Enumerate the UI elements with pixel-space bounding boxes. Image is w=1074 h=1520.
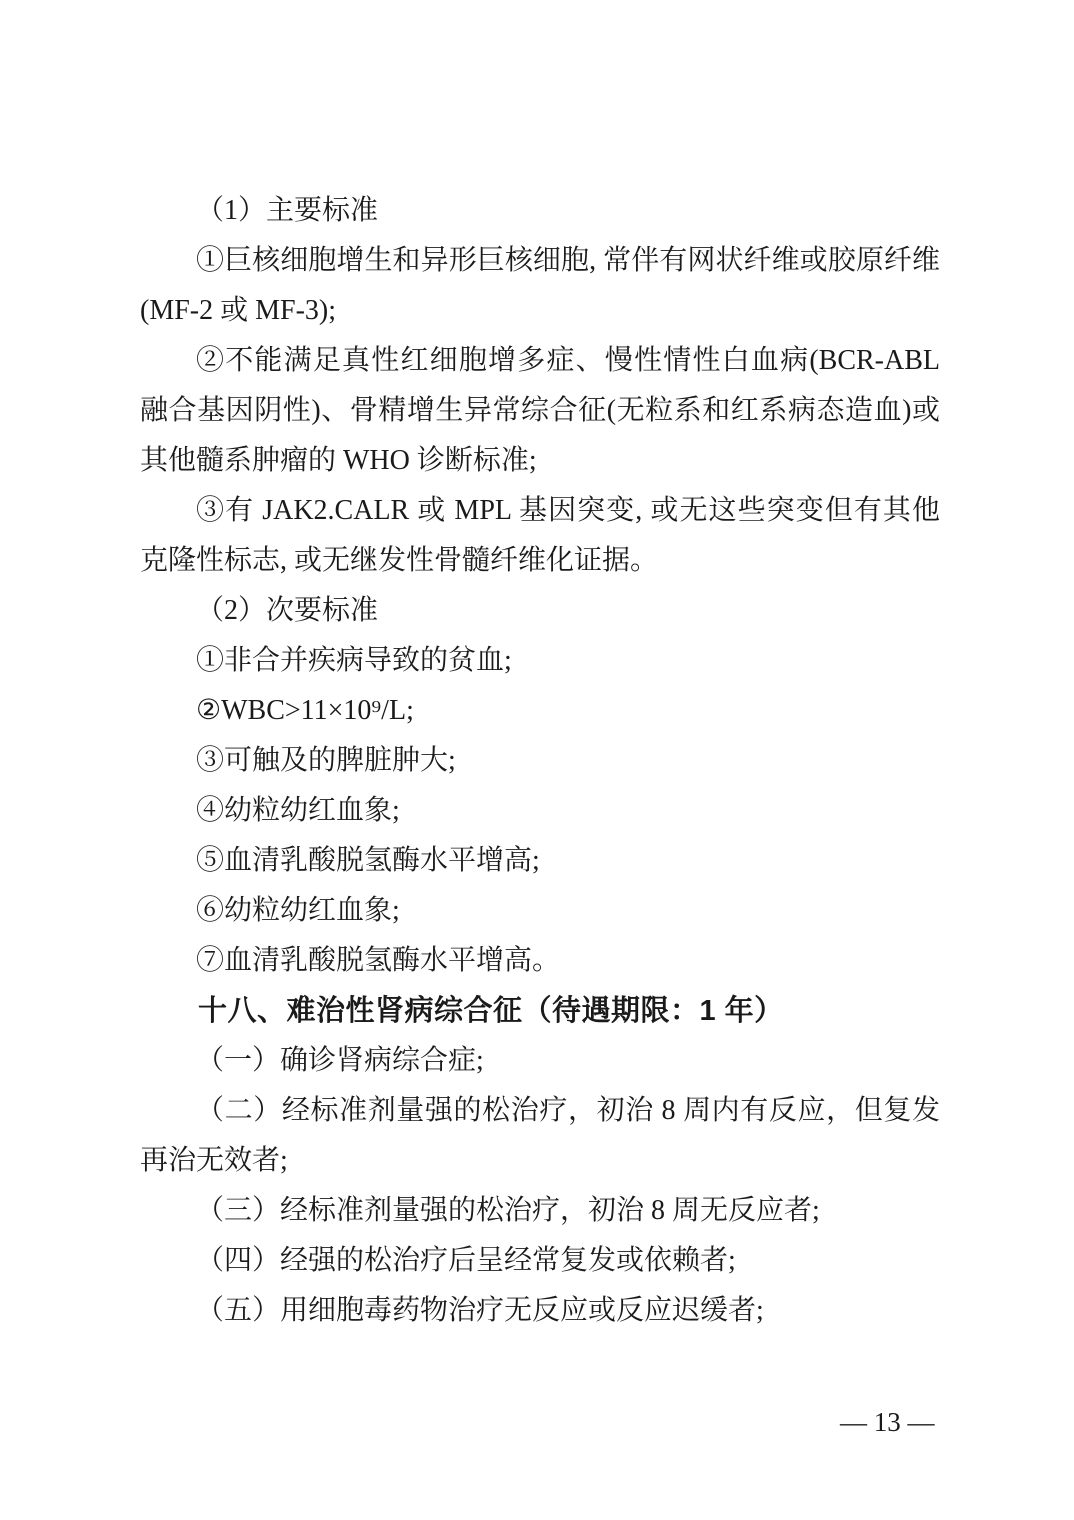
paragraph: （五）用细胞毒药物治疗无反应或反应迟缓者;	[140, 1286, 940, 1336]
document-content: （1）主要标准①巨核细胞增生和异形巨核细胞, 常伴有网状纤维或胶原纤维(MF-2…	[140, 186, 940, 1336]
section-heading: 十八、难治性肾病综合征（待遇期限：1 年）	[140, 986, 940, 1036]
paragraph: （四）经强的松治疗后呈经常复发或依赖者;	[140, 1236, 940, 1286]
paragraph: ⑤血清乳酸脱氢酶水平增高;	[140, 836, 940, 886]
paragraph: ②WBC>11×10⁹/L;	[140, 686, 940, 736]
paragraph: （1）主要标准	[140, 186, 940, 236]
paragraph: ⑥幼粒幼红血象;	[140, 886, 940, 936]
paragraph: （三）经标准剂量强的松治疗，初治 8 周无反应者;	[140, 1186, 940, 1236]
paragraph: ④幼粒幼红血象;	[140, 786, 940, 836]
page-number: — 13 —	[840, 1404, 935, 1440]
paragraph: （二）经标准剂量强的松治疗，初治 8 周内有反应，但复发再治无效者;	[140, 1086, 940, 1186]
paragraph: （2）次要标准	[140, 586, 940, 636]
paragraph: ①非合并疾病导致的贫血;	[140, 636, 940, 686]
paragraph: ②不能满足真性红细胞增多症、慢性情性白血病(BCR-ABL融合基因阴性)、骨精增…	[140, 336, 940, 486]
document-page: （1）主要标准①巨核细胞增生和异形巨核细胞, 常伴有网状纤维或胶原纤维(MF-2…	[0, 0, 1074, 1520]
paragraph: ⑦血清乳酸脱氢酶水平增高。	[140, 936, 940, 986]
paragraph: ①巨核细胞增生和异形巨核细胞, 常伴有网状纤维或胶原纤维(MF-2 或 MF-3…	[140, 236, 940, 336]
paragraph: （一）确诊肾病综合症;	[140, 1036, 940, 1086]
paragraph: ③可触及的脾脏肿大;	[140, 736, 940, 786]
paragraph: ③有 JAK2.CALR 或 MPL 基因突变, 或无这些突变但有其他克隆性标志…	[140, 486, 940, 586]
